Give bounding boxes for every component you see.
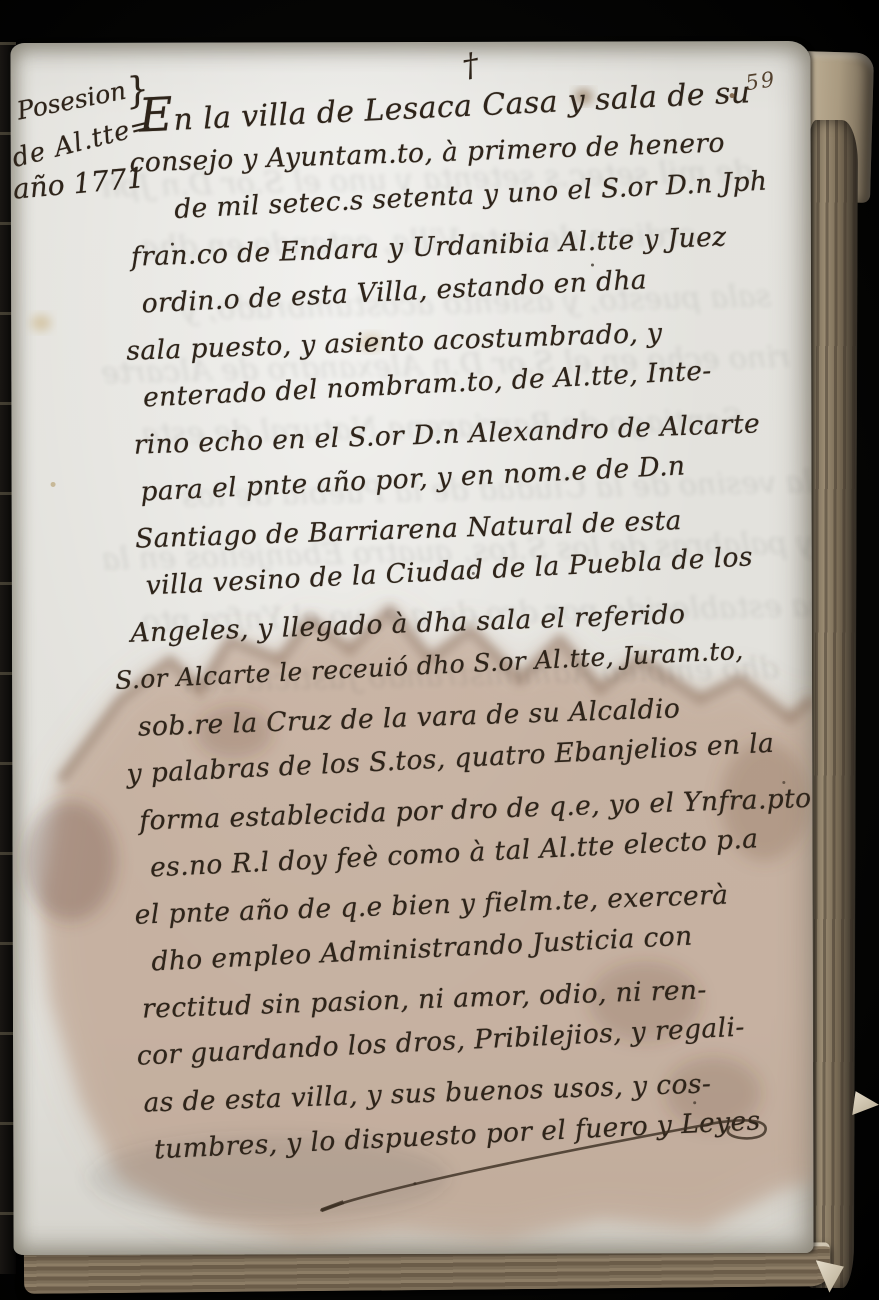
manuscript-text-block: En la villa de Lesaca Casa y sala de suc…	[129, 83, 814, 1174]
manuscript-page: de mil setec.s setenta y uno el S.or D.n…	[10, 41, 813, 1255]
ink-specks	[171, 243, 174, 246]
manuscript-photo: de mil setec.s setenta y uno el S.or D.n…	[0, 0, 879, 1300]
ink-layer: Posesion} de Al.tte= año 1771 † 59 En la…	[10, 41, 813, 1255]
